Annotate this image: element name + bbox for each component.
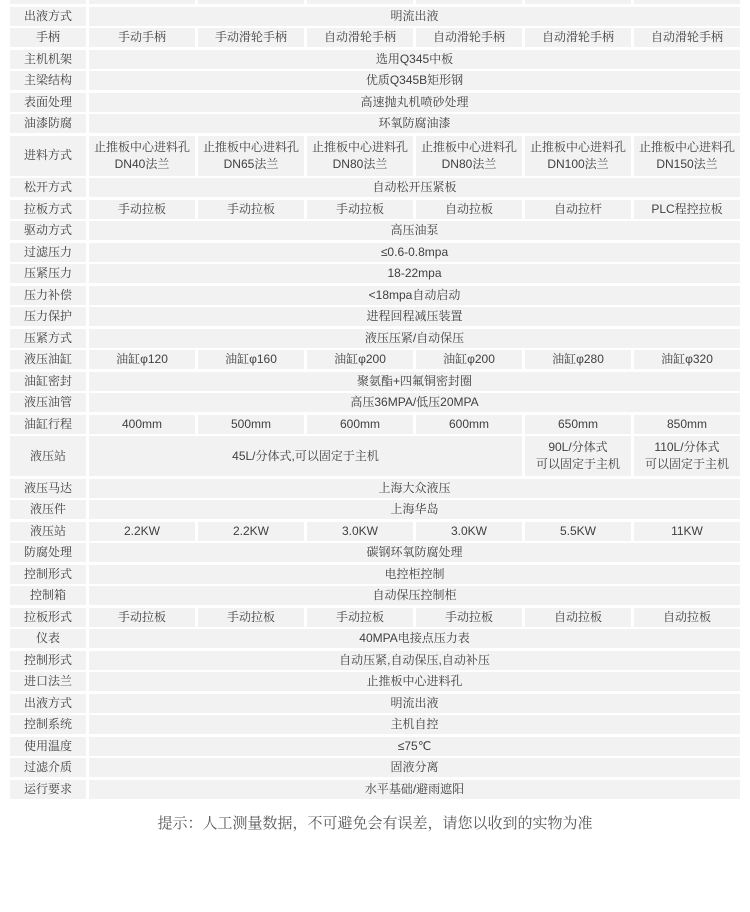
- spec-row: 进料方式 止推板中心进料孔 DN40法兰 止推板中心进料孔 DN65法兰 止推板…: [10, 136, 740, 176]
- row-label: 压力保护: [10, 307, 86, 326]
- row-value-merged: 45L/分体式,可以固定于主机: [89, 436, 522, 476]
- row-value: 聚氨酯+四氟铜密封圈: [89, 372, 740, 391]
- row-value: 明流出液: [89, 694, 740, 713]
- spec-row: 油漆防腐 环氧防腐油漆: [10, 114, 740, 133]
- row-cell: 自动拉杆: [525, 200, 631, 219]
- row-label: 控制形式: [10, 565, 86, 584]
- row-cell: 11KW: [634, 522, 740, 541]
- row-value: 进程回程减压装置: [89, 307, 740, 326]
- row-value: 自动松开压紧板: [89, 178, 740, 197]
- row-cell: 自动滑轮手柄: [307, 28, 413, 47]
- row-label: 仪表: [10, 629, 86, 648]
- row-value: 液压压紧/自动保压: [89, 329, 740, 348]
- spec-row: 过滤介质 固液分离: [10, 758, 740, 777]
- row-label: 压紧压力: [10, 264, 86, 283]
- row-cell: 600mm: [307, 415, 413, 434]
- row-label: 控制箱: [10, 586, 86, 605]
- spec-row: 驱动方式 高压油泵: [10, 221, 740, 240]
- row-cell: 2.2KW: [89, 522, 195, 541]
- row-label: 液压油管: [10, 393, 86, 412]
- spec-row: 控制箱 自动保压控制柜: [10, 586, 740, 605]
- row-cell: 止推板中心进料孔 DN80法兰: [307, 136, 413, 176]
- row-cell: 850mm: [634, 415, 740, 434]
- row-label: 进口法兰: [10, 672, 86, 691]
- row-cell: 止推板中心进料孔 DN100法兰: [525, 136, 631, 176]
- row-value: 主机自控: [89, 715, 740, 734]
- spec-row: 压紧压力 18-22mpa: [10, 264, 740, 283]
- spec-row: 液压油缸 油缸φ120 油缸φ160 油缸φ200 油缸φ200 油缸φ280 …: [10, 350, 740, 369]
- row-cell: 自动拉板: [416, 200, 522, 219]
- spec-row: 出液方式 明流出液: [10, 694, 740, 713]
- spec-row: 压紧方式 液压压紧/自动保压: [10, 329, 740, 348]
- row-label: 进料方式: [10, 136, 86, 176]
- row-label: 运行要求: [10, 780, 86, 799]
- row-cell: 400mm: [89, 415, 195, 434]
- row-cell: 止推板中心进料孔 DN80法兰: [416, 136, 522, 176]
- spec-row: 压力补偿 <18mpa自动启动: [10, 286, 740, 305]
- row-label: 控制形式: [10, 651, 86, 670]
- row-label: 油缸密封: [10, 372, 86, 391]
- row-cell: 油缸φ320: [634, 350, 740, 369]
- row-label: 油缸行程: [10, 415, 86, 434]
- row-label: 液压件: [10, 500, 86, 519]
- row-cell: 手动拉板: [307, 200, 413, 219]
- row-cell: 3.0KW: [307, 522, 413, 541]
- row-value: 水平基础/避雨遮阳: [89, 780, 740, 799]
- row-cell: 650mm: [525, 415, 631, 434]
- row-cell: 油缸φ280: [525, 350, 631, 369]
- row-value: 18-22mpa: [89, 264, 740, 283]
- row-value: 选用Q345中板: [89, 50, 740, 69]
- row-cell: 油缸φ160: [198, 350, 304, 369]
- row-cell: 手动拉板: [307, 608, 413, 627]
- row-cell: 手动手柄: [89, 28, 195, 47]
- spec-row: 主机机架 选用Q345中板: [10, 50, 740, 69]
- row-cell: 自动拉板: [634, 608, 740, 627]
- spec-row: 松开方式 自动松开压紧板: [10, 178, 740, 197]
- row-cell: 2.2KW: [198, 522, 304, 541]
- row-value: 上海华岛: [89, 500, 740, 519]
- row-value: ≤0.6-0.8mpa: [89, 243, 740, 262]
- row-value: 电控柜控制: [89, 565, 740, 584]
- spec-row: 运行要求 水平基础/避雨遮阳: [10, 780, 740, 799]
- row-cell: 油缸φ120: [89, 350, 195, 369]
- row-value: 止推板中心进料孔: [89, 672, 740, 691]
- spec-row: 液压油管 高压36MPA/低压20MPA: [10, 393, 740, 412]
- row-value: 自动压紧,自动保压,自动补压: [89, 651, 740, 670]
- row-label: 过滤介质: [10, 758, 86, 777]
- row-label: [10, 0, 86, 4]
- row-label: 主梁结构: [10, 71, 86, 90]
- measurement-disclaimer: 提示：人工测量数据，不可避免会有误差，请您以收到的实物为准: [0, 812, 750, 833]
- spec-row: 油缸密封 聚氨酯+四氟铜密封圈: [10, 372, 740, 391]
- row-label: 出液方式: [10, 7, 86, 26]
- row-cell: 500mm: [198, 415, 304, 434]
- row-label: 油漆防腐: [10, 114, 86, 133]
- row-value: 高压油泵: [89, 221, 740, 240]
- spec-row: 液压站 45L/分体式,可以固定于主机 90L/分体式 可以固定于主机 110L…: [10, 436, 740, 476]
- row-label: 压力补偿: [10, 286, 86, 305]
- spec-table: 出液方式 明流出液 手柄 手动手柄 手动滑轮手柄 自动滑轮手柄 自动滑轮手柄 自…: [10, 0, 740, 799]
- row-label: 液压马达: [10, 479, 86, 498]
- spec-row: 液压站 2.2KW 2.2KW 3.0KW 3.0KW 5.5KW 11KW: [10, 522, 740, 541]
- row-value: 高压36MPA/低压20MPA: [89, 393, 740, 412]
- row-cell: PLC程控拉板: [634, 200, 740, 219]
- row-cell: 手动拉板: [198, 200, 304, 219]
- row-label: 手柄: [10, 28, 86, 47]
- row-value: <18mpa自动启动: [89, 286, 740, 305]
- row-cell: 止推板中心进料孔 DN150法兰: [634, 136, 740, 176]
- row-cell: 手动拉板: [198, 608, 304, 627]
- row-value: 环氧防腐油漆: [89, 114, 740, 133]
- product-spec-page: 出液方式 明流出液 手柄 手动手柄 手动滑轮手柄 自动滑轮手柄 自动滑轮手柄 自…: [0, 0, 750, 833]
- row-cell: 手动拉板: [416, 608, 522, 627]
- row-label: 控制系统: [10, 715, 86, 734]
- row-label: 使用温度: [10, 737, 86, 756]
- spec-row: 仪表 40MPA电接点压力表: [10, 629, 740, 648]
- row-cell: 600mm: [416, 415, 522, 434]
- spec-row: 表面处理 高速抛丸机喷砂处理: [10, 93, 740, 112]
- row-label: 过滤压力: [10, 243, 86, 262]
- spec-row: 压力保护 进程回程减压装置: [10, 307, 740, 326]
- row-label: 松开方式: [10, 178, 86, 197]
- row-value: 碳钢环氧防腐处理: [89, 543, 740, 562]
- row-value: 明流出液: [89, 7, 740, 26]
- row-cell: 自动滑轮手柄: [634, 28, 740, 47]
- row-cell: 5.5KW: [525, 522, 631, 541]
- row-value: 自动保压控制柜: [89, 586, 740, 605]
- row-cell: 手动拉板: [89, 608, 195, 627]
- spec-row: 防腐处理 碳钢环氧防腐处理: [10, 543, 740, 562]
- spec-row: 使用温度 ≤75℃: [10, 737, 740, 756]
- row-cell: 3.0KW: [416, 522, 522, 541]
- spec-row: 拉板形式 手动拉板 手动拉板 手动拉板 手动拉板 自动拉板 自动拉板: [10, 608, 740, 627]
- spec-row: 出液方式 明流出液: [10, 7, 740, 26]
- row-value: ≤75℃: [89, 737, 740, 756]
- spec-row: 手柄 手动手柄 手动滑轮手柄 自动滑轮手柄 自动滑轮手柄 自动滑轮手柄 自动滑轮…: [10, 28, 740, 47]
- row-cell: 油缸φ200: [307, 350, 413, 369]
- row-label: 液压站: [10, 522, 86, 541]
- row-cell: 手动滑轮手柄: [198, 28, 304, 47]
- row-cell: 手动拉板: [89, 200, 195, 219]
- row-label: 出液方式: [10, 694, 86, 713]
- row-cell: 自动滑轮手柄: [525, 28, 631, 47]
- row-label: 拉板形式: [10, 608, 86, 627]
- row-cell: 90L/分体式 可以固定于主机: [525, 436, 631, 476]
- row-label: 液压站: [10, 436, 86, 476]
- spec-row: 控制形式 电控柜控制: [10, 565, 740, 584]
- row-value: 上海大众液压: [89, 479, 740, 498]
- row-cell: 自动拉板: [525, 608, 631, 627]
- row-cell: 110L/分体式 可以固定于主机: [634, 436, 740, 476]
- row-value: 40MPA电接点压力表: [89, 629, 740, 648]
- row-label: 液压油缸: [10, 350, 86, 369]
- spec-row: 液压件 上海华岛: [10, 500, 740, 519]
- row-value: 固液分离: [89, 758, 740, 777]
- row-cell: 止推板中心进料孔 DN65法兰: [198, 136, 304, 176]
- row-cell: 自动滑轮手柄: [416, 28, 522, 47]
- spec-row: 控制系统 主机自控: [10, 715, 740, 734]
- spec-row: 过滤压力 ≤0.6-0.8mpa: [10, 243, 740, 262]
- row-label: 表面处理: [10, 93, 86, 112]
- row-label: 防腐处理: [10, 543, 86, 562]
- spec-row: 进口法兰 止推板中心进料孔: [10, 672, 740, 691]
- row-cell: 止推板中心进料孔 DN40法兰: [89, 136, 195, 176]
- spec-row: 液压马达 上海大众液压: [10, 479, 740, 498]
- spec-row: 控制形式 自动压紧,自动保压,自动补压: [10, 651, 740, 670]
- row-label: 压紧方式: [10, 329, 86, 348]
- row-label: 主机机架: [10, 50, 86, 69]
- row-value: 高速抛丸机喷砂处理: [89, 93, 740, 112]
- row-label: 驱动方式: [10, 221, 86, 240]
- row-label: 拉板方式: [10, 200, 86, 219]
- spec-row: 主梁结构 优质Q345B矩形钢: [10, 71, 740, 90]
- row-cell: 油缸φ200: [416, 350, 522, 369]
- row-value: 优质Q345B矩形钢: [89, 71, 740, 90]
- spec-row: 油缸行程 400mm 500mm 600mm 600mm 650mm 850mm: [10, 415, 740, 434]
- spec-row: 拉板方式 手动拉板 手动拉板 手动拉板 自动拉板 自动拉杆 PLC程控拉板: [10, 200, 740, 219]
- table-row-partial: [10, 0, 740, 4]
